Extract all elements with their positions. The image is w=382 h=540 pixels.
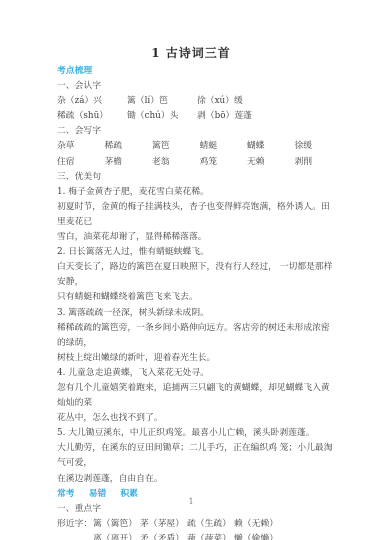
renzi-item: 杂（zá）兴 — [57, 94, 127, 109]
xiezi-item: 蜻蜓 — [200, 139, 248, 154]
xingjinzi-item: 篱（篱笆） — [93, 517, 140, 532]
sentence-quote: 5. 大儿锄豆溪东，中儿正织鸡笼。最喜小儿亡赖，溪头卧剥莲蓬。 — [57, 426, 338, 441]
xingjinzi-item: 懒（偷懒） — [234, 532, 281, 540]
xiezi-item: 杂草 — [57, 139, 105, 154]
sentence-explain-line: 只有蜻蜓和蝴蝶绕着篱笆飞来飞去。 — [57, 290, 338, 305]
xiezi-item: 徐缓 — [295, 139, 339, 154]
xiezi-item: 老翁 — [152, 155, 200, 170]
renzi-item: 篱（lí）笆 — [127, 94, 197, 109]
page-number: 1 — [0, 497, 382, 506]
xiezi-item: 稀疏 — [105, 139, 153, 154]
section-heading-kaodian: 考点梳理 — [57, 64, 338, 79]
sentence-explain-line: 白天变长了，路边的篱笆在夏日映照下，没有行人经过， 一切都是那样安静， — [57, 260, 338, 290]
xingjinzi-item: 赖（无赖） — [234, 517, 281, 532]
sentence-quote: 2. 日长篱落无人过，惟有蜻蜓蛱蝶飞。 — [57, 245, 338, 260]
xiezi-item: 蝴蝶 — [247, 139, 295, 154]
xingjinzi-item: 蔬（蔬菜） — [187, 532, 234, 540]
xingjinzi-label-spacer — [57, 532, 93, 540]
section-heading-youmeiju: 三、优美句 — [57, 170, 338, 185]
sentence-quote: 3. 篱落疏疏一径深，树头新绿未成阴。 — [57, 306, 338, 321]
xingjinzi-label: 形近字： — [57, 517, 93, 532]
sentence-explain-line: 在溪边剥莲蓬，自由自在。 — [57, 472, 338, 487]
xiezi-item: 无赖 — [247, 155, 295, 170]
sentence-explain-line: 大儿勤劳，在溪东的豆田间锄草；二儿手巧，正在编织鸡 笼；小儿最淘气可爱， — [57, 441, 338, 471]
renzi-item: 锄（chú）头 — [127, 109, 197, 124]
sentence-block: 3. 篱落疏疏一径深，树头新绿未成阴。 稀稀疏疏的篱笆旁，一条乡间小路伸向远方。… — [57, 306, 338, 366]
xiezi-item: 茅檐 — [105, 155, 153, 170]
xingjinzi-item: 矛（矛盾） — [140, 532, 187, 540]
xingjinzi-item: 离（离开） — [93, 532, 140, 540]
xiezi-row: 杂草 稀疏 篱笆 蜻蜓 蝴蝶 徐缓 — [57, 139, 338, 154]
sentence-block: 4. 儿童急走追黄蝶，飞入菜花无处寻。 忽有几个儿童嬉笑着跑来，追捕两三只翩飞的… — [57, 366, 338, 426]
sentence-explain-line: 稀稀疏疏的篱笆旁，一条乡间小路伸向远方。客店旁的树还未形成浓密的绿荫， — [57, 321, 338, 351]
sentence-explain-line: 树枝上绽出嫩绿的新叶，迎着春光生长。 — [57, 351, 338, 366]
sentence-explain-line: 初夏时节，金黄的梅子挂满枝头，杏子也变得鲜亮饱满，格外诱人。田里麦花已 — [57, 200, 338, 230]
xingjinzi-row: 离（离开） 矛（矛盾） 蔬（蔬菜） 懒（偷懒） — [57, 532, 338, 540]
xingjinzi-row: 形近字： 篱（篱笆） 茅（茅屋） 疏（生疏） 赖（无赖） — [57, 517, 338, 532]
xiezi-row: 住宿 茅檐 老翁 鸡笼 无赖 剥削 — [57, 155, 338, 170]
xiezi-item: 剥削 — [295, 155, 339, 170]
renzi-row: 稀疏（shū） 锄（chú）头 剥（bō）莲蓬 — [57, 109, 338, 124]
renzi-item: 稀疏（shū） — [57, 109, 127, 124]
xingjinzi-item: 疏（生疏） — [187, 517, 234, 532]
renzi-row: 杂（zá）兴 篱（lí）笆 徐（xú）缓 — [57, 94, 338, 109]
sentence-explain-line: 花丛中，怎么也找不到了。 — [57, 411, 338, 426]
sentence-explain-line: 雪白，油菜花却谢了，显得稀稀落落。 — [57, 230, 338, 245]
document-page: 1 古诗词三首 考点梳理 一、会认字 杂（zá）兴 篱（lí）笆 徐（xú）缓 … — [0, 0, 382, 540]
sentence-quote: 1. 梅子金黄杏子肥，麦花雪白菜花稀。 — [57, 185, 338, 200]
xiezi-item: 篱笆 — [152, 139, 200, 154]
sentence-block: 2. 日长篱落无人过，惟有蜻蜓蛱蝶飞。 白天变长了，路边的篱笆在夏日映照下，没有… — [57, 245, 338, 305]
section-heading-xiezi: 二、会写字 — [57, 124, 338, 139]
page-content: 考点梳理 一、会认字 杂（zá）兴 篱（lí）笆 徐（xú）缓 稀疏（shū） … — [57, 64, 338, 540]
renzi-item: 剥（bō）莲蓬 — [197, 109, 338, 124]
sentence-quote: 4. 儿童急走追黄蝶，飞入菜花无处寻。 — [57, 366, 338, 381]
sentence-block: 5. 大儿锄豆溪东，中儿正织鸡笼。最喜小儿亡赖，溪头卧剥莲蓬。 大儿勤劳，在溪东… — [57, 426, 338, 486]
renzi-item: 徐（xú）缓 — [197, 94, 338, 109]
xingjinzi-item: 茅（茅屋） — [140, 517, 187, 532]
sentence-block: 1. 梅子金黄杏子肥，麦花雪白菜花稀。 初夏时节，金黄的梅子挂满枝头，杏子也变得… — [57, 185, 338, 245]
sentence-explain-line: 忽有几个儿童嬉笑着跑来，追捕两三只翩飞的黄蝴蝶，却见蝴蝶飞入黄灿灿的菜 — [57, 381, 338, 411]
section-heading-renzi: 一、会认字 — [57, 79, 338, 94]
page-title: 1 古诗词三首 — [0, 0, 382, 61]
xiezi-item: 鸡笼 — [200, 155, 248, 170]
xiezi-item: 住宿 — [57, 155, 105, 170]
